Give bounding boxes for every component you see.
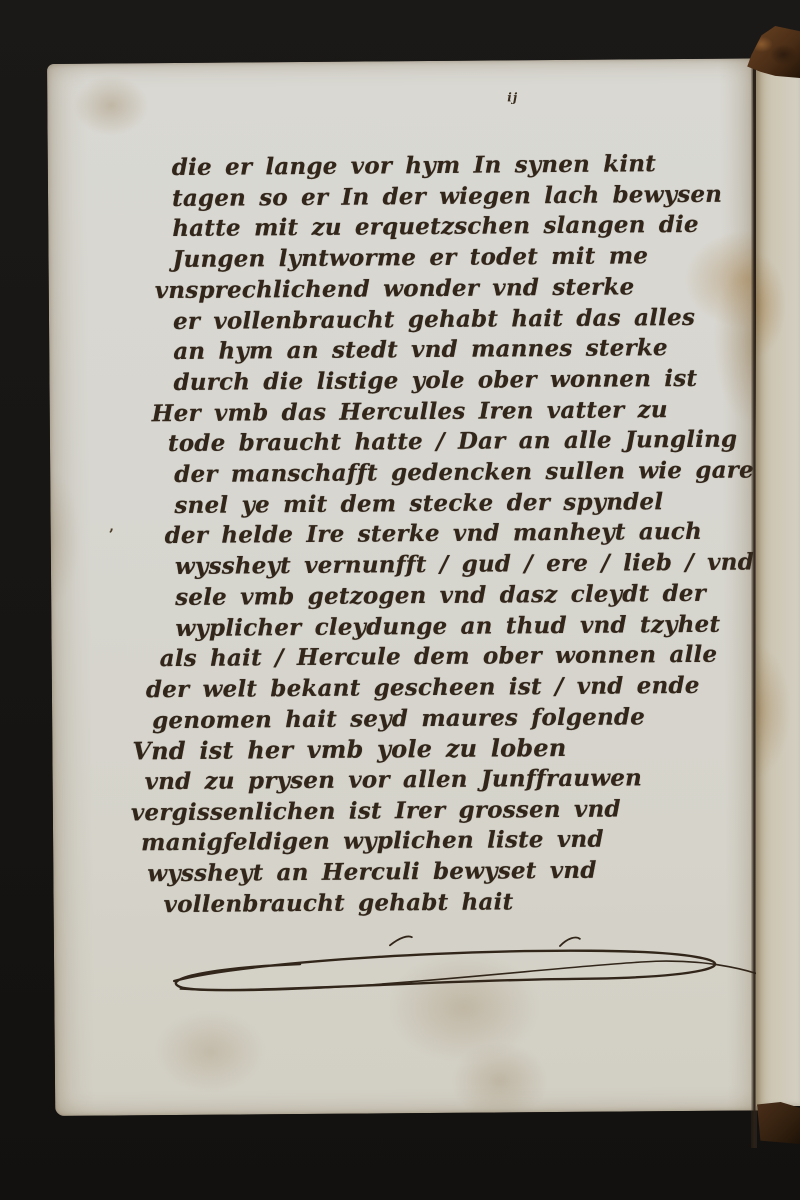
manuscript-text-line: an hym an stedt vnd mannes sterke: [173, 333, 763, 368]
manuscript-page: ij ’ die er lange vor hym In synen kintt…: [47, 58, 761, 1116]
manuscript-text-line: hatte mit zu erquetzschen slangen die: [172, 210, 762, 245]
manuscript-text-line: er vollenbraucht gehabt hait das alles: [173, 302, 763, 337]
manuscript-text-line: vergissenlichen ist Irer grossen vnd: [131, 793, 767, 829]
manuscript-text-line: manigfeldigen wyplichen liste vnd: [141, 824, 767, 860]
manuscript-text-line: als hait / Hercule dem ober wonnen alle: [160, 640, 766, 675]
manuscript-text-line: der helde Ire sterke vnd manheyt auch: [165, 517, 765, 552]
pen-flourish-icon: [140, 932, 781, 1009]
manuscript-text-line: genomen hait seyd maures folgende: [152, 701, 766, 737]
manuscript-text-line: durch die listige yole ober wonnen ist: [173, 363, 763, 398]
manuscript-text-line: snel ye mit dem stecke der spyndel: [174, 486, 764, 521]
manuscript-text-line: der welt bekant gescheen ist / vnd ende: [146, 670, 766, 706]
manuscript-text-line: vnsprechlichend wonder vnd sterke: [155, 271, 763, 306]
manuscript-text-line: tagen so er In der wiegen lach bewysen: [172, 179, 762, 214]
manuscript-text-line: Jungen lyntworme er todet mit me: [172, 240, 762, 275]
manuscript-text-line: Vnd ist her vmb yole zu loben: [132, 732, 766, 768]
manuscript-text-line: sele vmb getzogen vnd dasz cleydt der: [175, 578, 765, 613]
manuscript-text-line: die er lange vor hym In synen kint: [172, 148, 762, 183]
top-margin-ink-mark: ij: [507, 90, 518, 104]
manuscript-text-line: tode braucht hatte / Dar an alle Junglin…: [168, 425, 764, 460]
manuscript-text-line: wyssheyt an Herculi bewyset vnd: [147, 855, 767, 891]
facing-page-edge: [756, 66, 800, 1106]
manuscript-text-line: wyssheyt vernunfft / gud / ere / lieb / …: [175, 548, 765, 583]
manuscript-text-line: vollenbraucht gehabt hait: [163, 885, 767, 920]
left-margin-ink-speck: ’: [109, 525, 114, 543]
manuscript-text-line: vnd zu prysen vor allen Junffrauwen: [145, 762, 767, 798]
manuscript-text-line: wyplicher cleydunge an thud vnd tzyhet: [175, 609, 765, 644]
binding-leather-bottom: [757, 1102, 800, 1144]
manuscript-text-line: Her vmb das Herculles Iren vatter zu: [152, 394, 764, 430]
manuscript-text-block: die er lange vor hym In synen kinttagen …: [172, 148, 768, 920]
manuscript-photo: ij ’ die er lange vor hym In synen kintt…: [0, 0, 800, 1200]
manuscript-text-line: der manschafft gedencken sullen wie gare: [174, 455, 764, 490]
